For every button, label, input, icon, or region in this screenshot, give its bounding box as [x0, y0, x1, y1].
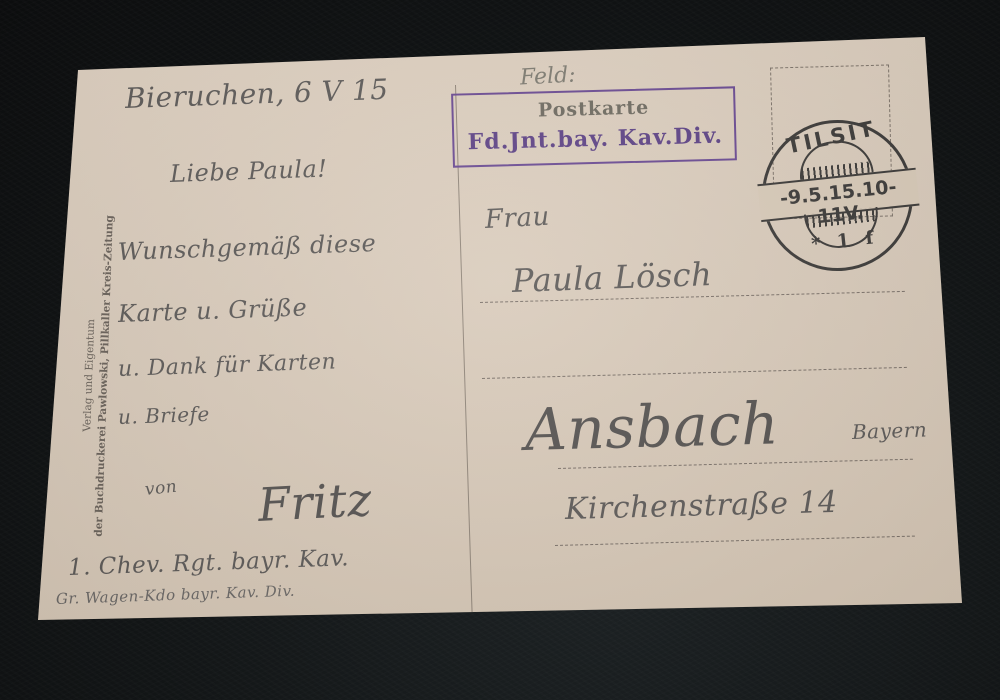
- postmark-inner-arc-bottom: [804, 207, 881, 252]
- postmark-code: * 1 f: [769, 223, 915, 259]
- tilsit-postmark: TILSIT -9.5.15.10-11V. * 1 f: [755, 113, 921, 279]
- postkarte-printed-label: Postkarte: [453, 94, 733, 123]
- message-line-4: u. Briefe: [118, 402, 211, 429]
- message-signature: Fritz: [257, 472, 374, 532]
- address-street: Kirchenstraße 14: [565, 485, 839, 527]
- sender-unit-line-1: 1. Chev. Rgt. bayr. Kav.: [68, 545, 350, 581]
- postcard-paper: Verlag und Eigentum der Buchdruckerei Pa…: [0, 0, 1000, 700]
- message-line-3: u. Dank für Karten: [118, 349, 337, 382]
- center-divider-line: [455, 85, 473, 615]
- address-city: Ansbach: [524, 389, 780, 464]
- publisher-imprint: Verlag und Eigentum der Buchdruckerei Pa…: [74, 140, 120, 611]
- message-place-date: Bieruchen, 6 V 15: [124, 73, 389, 115]
- address-rule-3: [558, 459, 913, 469]
- publisher-line-1: Verlag und Eigentum: [74, 140, 105, 610]
- address-rule-2: [482, 367, 907, 379]
- message-closing: von: [144, 477, 178, 500]
- address-rule-1: [480, 291, 905, 303]
- unit-cachet-text: Fd.Jnt.bay. Kav.Div.: [460, 122, 731, 155]
- postcard: Verlag und Eigentum der Buchdruckerei Pa…: [0, 0, 1000, 700]
- feld-handwritten: Feld:: [519, 63, 576, 91]
- address-title: Frau: [484, 202, 550, 235]
- message-salutation: Liebe Paula!: [170, 155, 328, 188]
- stamp-placement-box: [770, 64, 893, 219]
- message-line-2: Karte u. Grüße: [118, 293, 308, 328]
- publisher-line-2: der Buchdruckerei Pawlowski, Pillkaller …: [89, 141, 120, 611]
- address-name: Paula Lösch: [511, 255, 712, 300]
- postmark-date-band: -9.5.15.10-11V.: [757, 168, 919, 222]
- address-rule-4: [555, 536, 915, 546]
- postmark-date: -9.5.15.10-11V.: [758, 174, 921, 234]
- address-region: Bayern: [852, 417, 928, 444]
- message-line-1: Wunschgemäß diese: [118, 229, 377, 266]
- unit-cachet-stamp: Postkarte Fd.Jnt.bay. Kav.Div.: [451, 86, 737, 167]
- sender-unit-line-2: Gr. Wagen-Kdo bayr. Kav. Div.: [56, 582, 296, 608]
- postmark-inner-arc-top: [796, 137, 873, 182]
- postmark-city: TILSIT: [758, 111, 905, 165]
